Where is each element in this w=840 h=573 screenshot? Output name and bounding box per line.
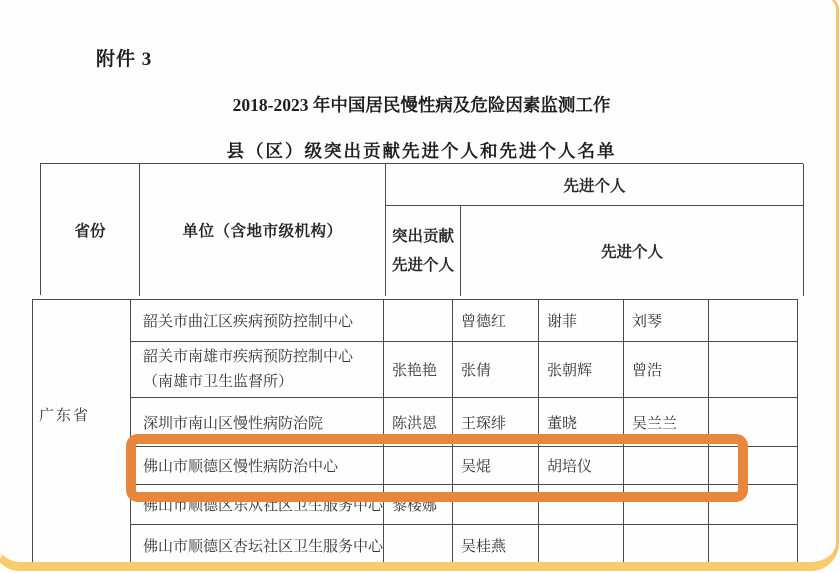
table-row-name: 吴兰兰 [624, 398, 709, 447]
table-header: 省份 单位（含地市级机构） 先进个人 突出贡献 先进个人 先进个人 [40, 163, 803, 295]
table-row-outstanding: 张艳艳 [384, 342, 453, 398]
table-body: 广东省 韶关市曲江区疾病预防控制中心 曾德红 谢菲 刘琴 韶关市南雄市疾病预防控… [32, 299, 798, 567]
province-cell: 广东省 [33, 300, 131, 567]
table-row-name [624, 485, 709, 525]
table-row-name [624, 525, 709, 567]
document-title-line1: 2018-2023 年中国居民慢性病及危险因素监测工作 [40, 92, 803, 117]
table-row-unit-highlighted: 佛山市顺德区慢性病防治中心 [131, 447, 384, 485]
header-cell-outstanding: 突出贡献 先进个人 [386, 206, 461, 296]
table-row-unit: 深圳市南山区慢性病防治院 [131, 398, 384, 447]
header-outstanding-line2: 先进个人 [392, 256, 454, 276]
table-row-outstanding [384, 525, 453, 567]
table-row-outstanding: 陈洪恩 [384, 398, 453, 447]
table-row-name [709, 342, 798, 398]
table-row-name [709, 447, 798, 485]
table-row-name: 张倩 [453, 342, 539, 398]
table-row-unit: 韶关市南雄市疾病预防控制中心（南雄市卫生监督所） [131, 342, 384, 398]
table-row-name: 王琛绯 [453, 398, 539, 447]
table-row-outstanding: 黎楼娜 [384, 485, 453, 525]
table-row-name: 刘琴 [624, 300, 709, 342]
header-cell-advanced-group: 先进个人 [386, 164, 804, 206]
table-row-name: 曾浩 [624, 342, 709, 398]
table-row-unit: 韶关市曲江区疾病预防控制中心 [131, 300, 384, 342]
table-row-name: 曾德红 [453, 300, 539, 342]
table-row-name: 谢菲 [539, 300, 624, 342]
table-row-name [709, 300, 798, 342]
table-row-unit: 佛山市顺德区杏坛社区卫生服务中心 [131, 525, 384, 567]
header-cell-unit: 单位（含地市级机构） [140, 164, 386, 296]
table-row-name [453, 485, 539, 525]
table-row-outstanding [384, 300, 453, 342]
table-row-name: 胡培仪 [539, 447, 624, 485]
header-outstanding-line1: 突出贡献 [392, 227, 454, 247]
table-row-outstanding [384, 447, 453, 485]
header-cell-advanced-sub: 先进个人 [461, 206, 804, 296]
table-row-name: 吴桂燕 [453, 525, 539, 567]
table-row-name: 吴焜 [453, 447, 539, 485]
table-row-name: 张朝辉 [539, 342, 624, 398]
table-row-name [539, 485, 624, 525]
table-row-name [709, 525, 798, 567]
table-row-name [709, 398, 798, 447]
document-title-line2: 县（区）级突出贡献先进个人和先进个人名单 [40, 138, 803, 163]
table-row-unit: 佛山市顺德区乐从社区卫生服务中心 [131, 485, 384, 525]
table-row-name [539, 525, 624, 567]
table-row-name: 董晓 [539, 398, 624, 447]
table-row-name [624, 447, 709, 485]
table-row-name [709, 485, 798, 525]
attachment-label: 附件 3 [96, 44, 152, 71]
header-cell-province: 省份 [41, 164, 140, 296]
